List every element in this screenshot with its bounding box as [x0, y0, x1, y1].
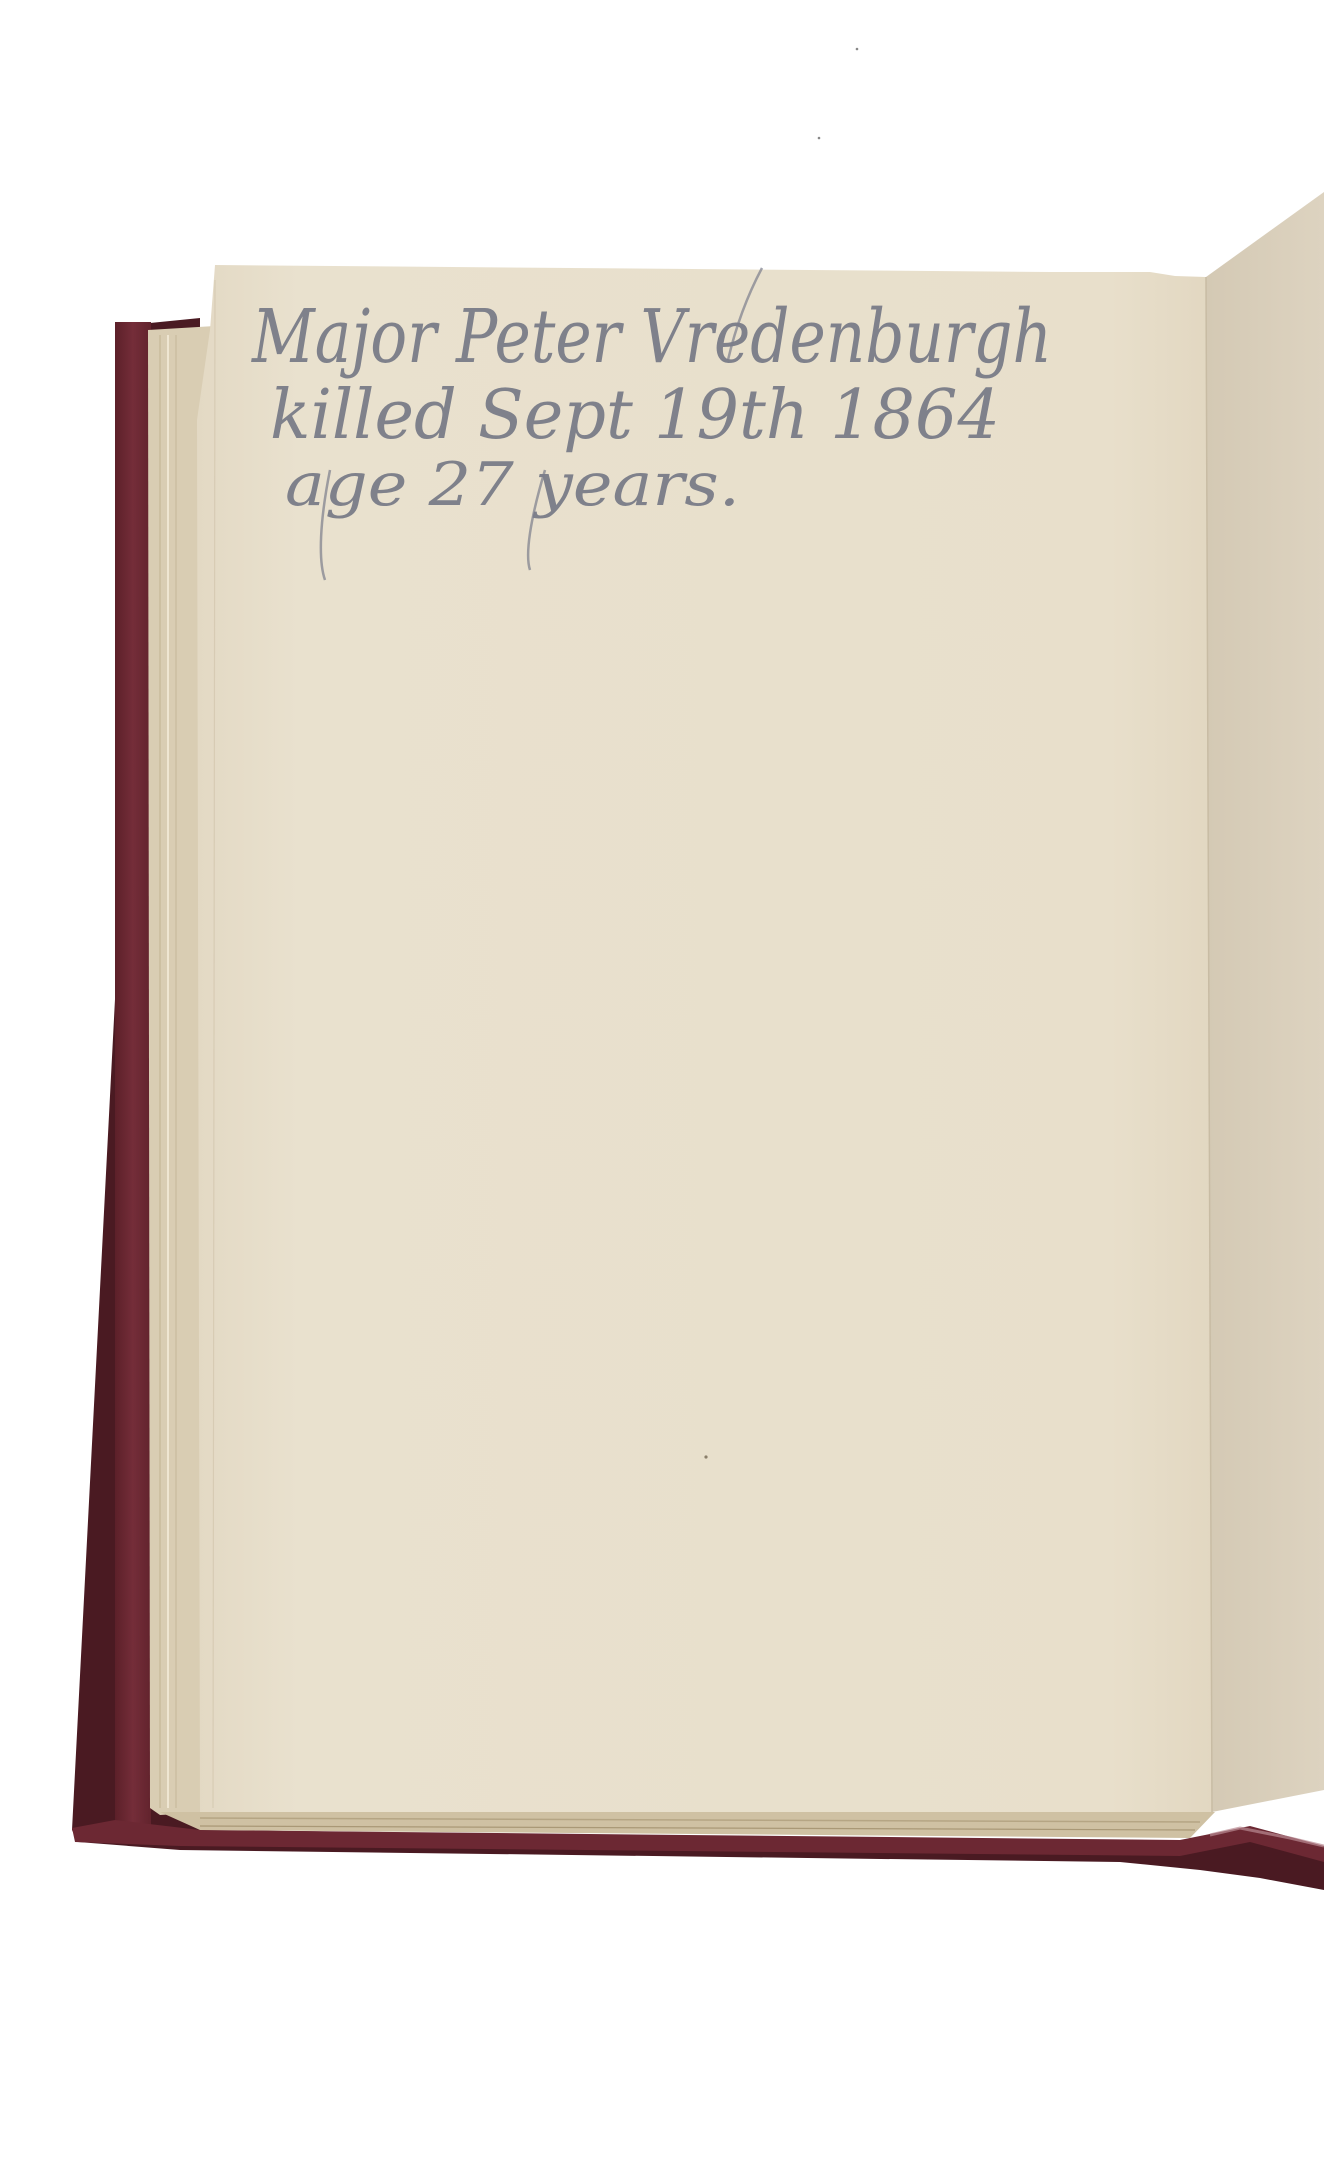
dust-speck [704, 1455, 707, 1458]
dust-speck [856, 48, 859, 51]
dust-speck [818, 137, 821, 140]
inscription-line-2: killed Sept 19th 1864 [270, 376, 1000, 455]
book-photo: Major Peter Vredenburgh killed Sept 19th… [0, 0, 1324, 2176]
facing-page [1206, 192, 1324, 1812]
inscription-line-1: Major Peter Vredenburgh [250, 294, 1052, 380]
book-illustration: Major Peter Vredenburgh killed Sept 19th… [0, 0, 1324, 2176]
inscription-line-3: age 27 years. [285, 450, 740, 520]
